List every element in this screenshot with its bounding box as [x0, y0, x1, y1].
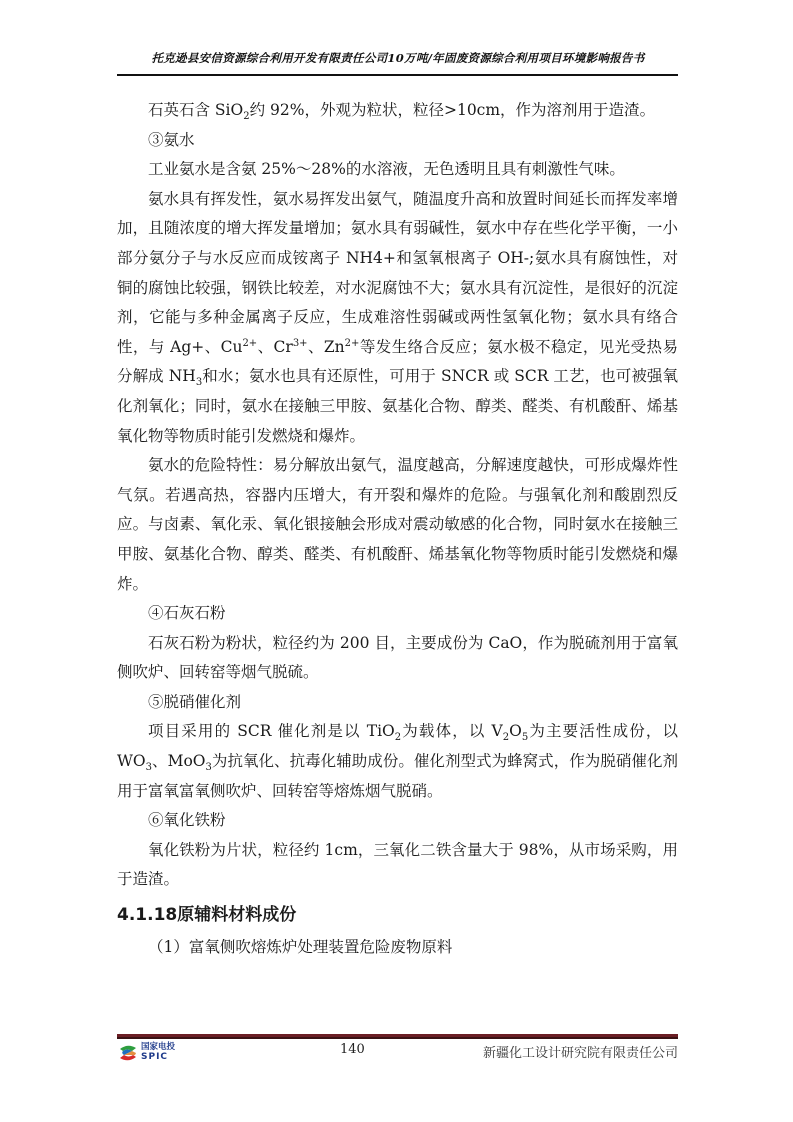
text: 和水；氨水也具有还原性，可用于 SNCR 或 SCR 工艺，也可被强氧化剂氧化；…	[117, 367, 678, 444]
text: 、Cr	[257, 338, 293, 356]
paragraph-iron-oxide: 氧化铁粉为片状，粒径约 1cm，三氧化二铁含量大于 98%，从市场采购，用于造渣…	[117, 836, 678, 895]
superscript: 2+	[242, 338, 257, 349]
spic-logo: 国家电投 SPIC	[118, 1043, 188, 1063]
paragraph-limestone: 石灰石粉为粉状，粒径约为 200 目，主要成份为 CaO，作为脱硫剂用于富氧侧吹…	[117, 629, 678, 688]
text: 为载体，以 V	[401, 722, 503, 740]
header-rule	[117, 74, 678, 76]
paragraph-ammonia-intro: 工业氨水是含氨 25%～28%的水溶液，无色透明且具有刺激性气味。	[117, 155, 678, 185]
superscript: 3+	[293, 338, 308, 349]
item-title-ammonia: ③氨水	[117, 126, 678, 156]
page-number: 140	[340, 1042, 380, 1057]
text: 项目采用的 SCR 催化剂是以 TiO	[148, 722, 395, 740]
footer-rule-shadow	[117, 1037, 678, 1039]
sub-heading: （1）富氧侧吹熔炼炉处理装置危险废物原料	[117, 933, 678, 963]
spic-logo-icon	[118, 1044, 138, 1062]
document-header-title: 托克逊县安信资源综合利用开发有限责任公司10万吨/年固废资源综合利用项目环境影响…	[118, 50, 678, 66]
item-title-limestone: ④石灰石粉	[117, 599, 678, 629]
text: O	[509, 722, 522, 740]
logo-text-cn: 国家电投	[141, 1043, 175, 1052]
text: 约 92%，外观为粒状，粒径>10cm，作为溶剂用于造渣。	[250, 101, 655, 119]
section-heading: 4.1.18原辅料材料成份	[117, 897, 678, 933]
footer-company-name: 新疆化工设计研究院有限责任公司	[483, 1042, 678, 1061]
document-body: 石英石含 SiO2约 92%，外观为粒状，粒径>10cm，作为溶剂用于造渣。 ③…	[117, 96, 678, 963]
logo-text-en: SPIC	[141, 1052, 168, 1062]
paragraph-ammonia-hazards: 氨水的危险特性：易分解放出氨气，温度越高，分解速度越快，可形成爆炸性气氛。若遇高…	[117, 451, 678, 599]
text: 石英石含 SiO	[148, 101, 243, 119]
item-title-denitration-catalyst: ⑤脱硝催化剂	[117, 688, 678, 718]
paragraph-quartz: 石英石含 SiO2约 92%，外观为粒状，粒径>10cm，作为溶剂用于造渣。	[117, 96, 678, 126]
text: 氨水具有挥发性，氨水易挥发出氨气，随温度升高和放置时间延长而挥发率增加，且随浓度…	[117, 190, 678, 356]
paragraph-catalyst: 项目采用的 SCR 催化剂是以 TiO2为载体，以 V2O5为主要活性成份，以 …	[117, 717, 678, 806]
paragraph-ammonia-properties: 氨水具有挥发性，氨水易挥发出氨气，随温度升高和放置时间延长而挥发率增加，且随浓度…	[117, 185, 678, 451]
item-title-iron-oxide: ⑥氧化铁粉	[117, 806, 678, 836]
text: 、Zn	[308, 338, 345, 356]
superscript: 2+	[345, 338, 360, 349]
text: 、MoO	[152, 752, 205, 770]
